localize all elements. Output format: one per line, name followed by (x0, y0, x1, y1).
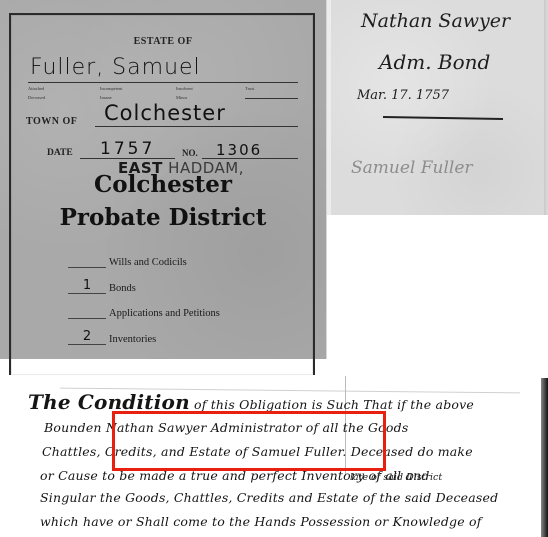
status-label-incompetent: Incompetent (100, 86, 123, 91)
estate-file-card: ESTATE OF Fuller, Samuel Attached Deceas… (0, 0, 327, 359)
document-row-bonds: 1 Bonds (68, 278, 136, 294)
interlineation: late of said District (350, 472, 442, 483)
docket-date: Mar. 17. 1757 (357, 88, 449, 103)
status-label-insane: Insane (100, 95, 112, 100)
text-line-rest: of this Obligation is Such That if the a… (190, 397, 474, 412)
estate-heading: ESTATE OF (0, 36, 326, 47)
document-row-inventories: 2 Inventories (68, 329, 156, 345)
estate-name: Fuller, Samuel (30, 55, 201, 80)
number-label: NO. (182, 148, 198, 158)
docket-pencil-note: Samuel Fuller (351, 158, 473, 178)
bond-condition-text: The Condition of this Obligation is Such… (0, 376, 548, 537)
document-label: Applications and Petitions (109, 308, 220, 319)
town-label: TOWN OF (26, 116, 77, 127)
docket-name: Nathan Sawyer (361, 10, 510, 32)
docket-underline (383, 116, 503, 120)
document-count: 2 (68, 330, 106, 345)
status-label-attached: Attached (28, 86, 44, 91)
district-title: Probate District (0, 204, 326, 231)
town-underline (95, 126, 298, 127)
status-label-deceased: Deceased (28, 95, 45, 100)
text-line-6: which have or Shall come to the Hands Po… (40, 514, 482, 529)
status-label-trust: Trust (245, 86, 254, 91)
document-row-wills: Wills and Codicils (68, 252, 187, 268)
document-label: Wills and Codicils (109, 257, 187, 268)
town-value: Colchester (104, 101, 226, 125)
document-count: 1 (68, 279, 106, 294)
trust-underline (245, 98, 298, 99)
text-line-5: Singular the Goods, Chattles, Credits an… (40, 490, 498, 505)
highlight-box (112, 411, 386, 471)
document-label: Inventories (109, 334, 156, 345)
district-name: Colchester (0, 171, 326, 198)
docket-type: Adm. Bond (379, 50, 490, 74)
document-row-applications: Applications and Petitions (68, 303, 220, 319)
document-label: Bonds (109, 283, 136, 294)
status-label-insolvent: Insolvent (176, 86, 193, 91)
file-number: 1306 (216, 141, 262, 159)
date-value: 1757 (100, 139, 155, 159)
bond-docket-endorsement: Nathan Sawyer Adm. Bond Mar. 17. 1757 Sa… (327, 0, 544, 215)
date-label: DATE (47, 148, 73, 158)
document-count (68, 304, 106, 319)
status-label-minor: Minor (176, 95, 187, 100)
name-underline (28, 82, 298, 83)
document-count (68, 253, 106, 268)
